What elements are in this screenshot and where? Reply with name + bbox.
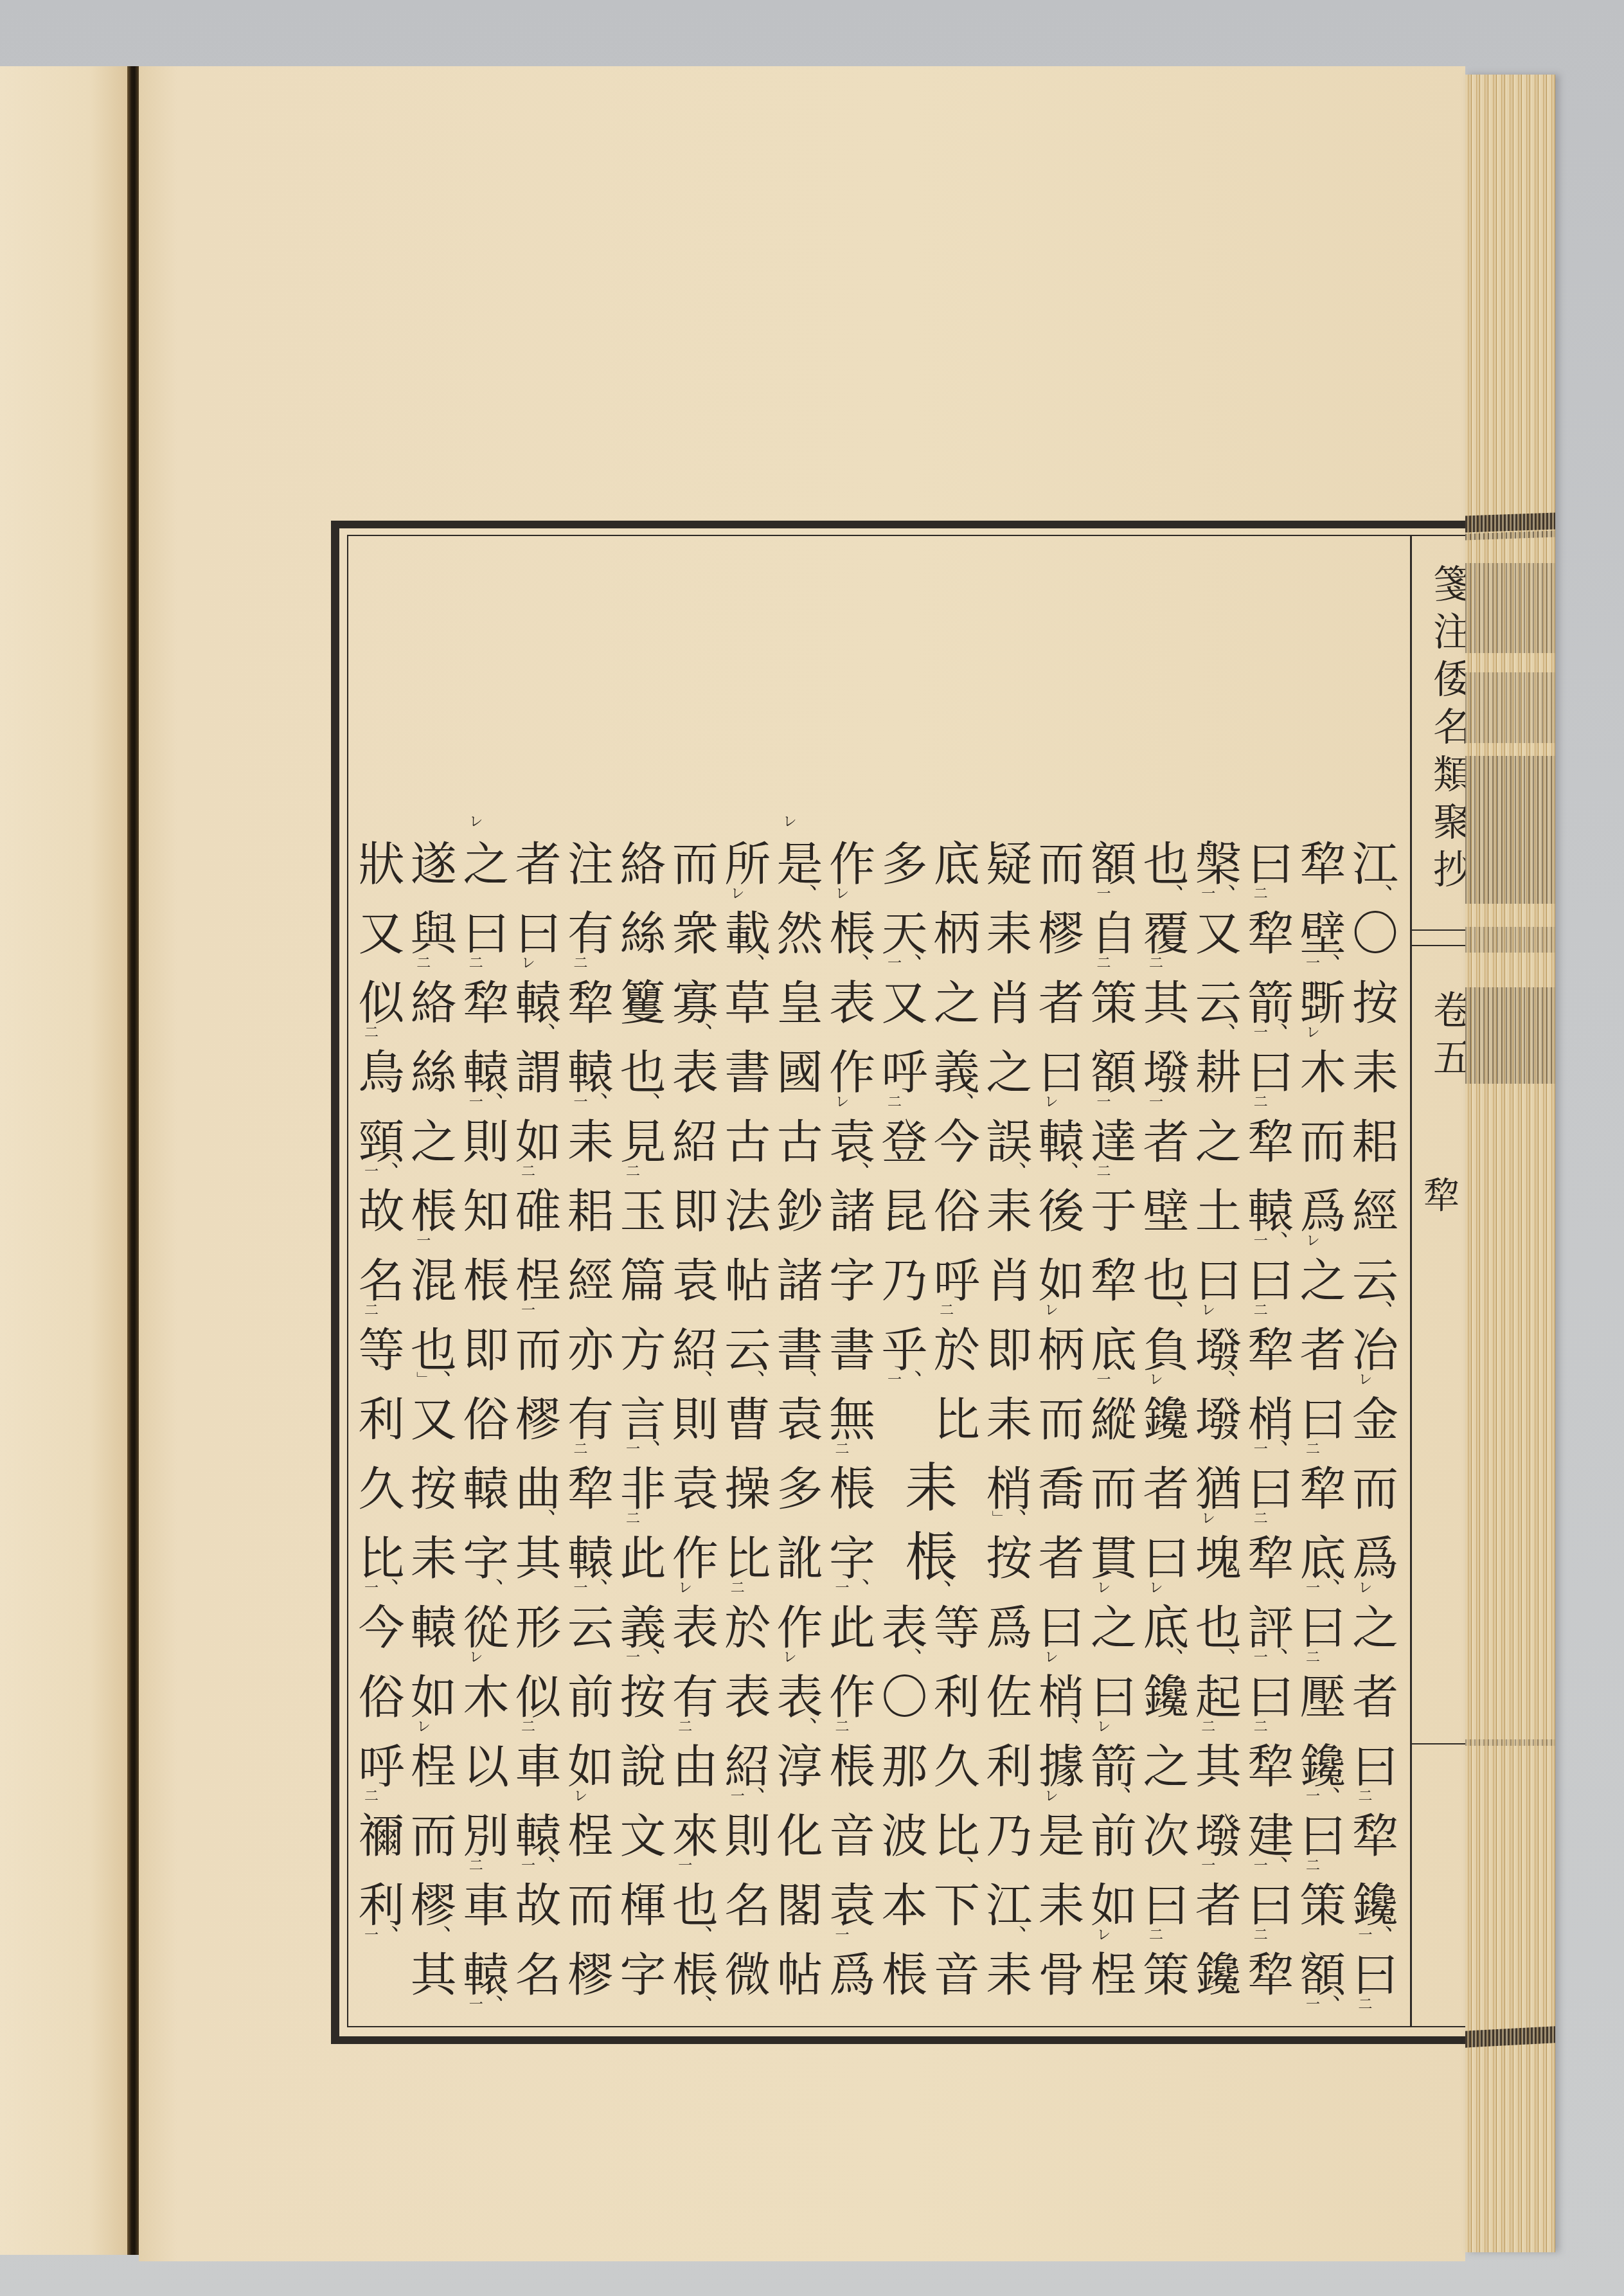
kaeriten-mark: 二 bbox=[1147, 955, 1161, 969]
frame-inner-top-rule bbox=[347, 535, 1465, 536]
character-cell: 則 bbox=[669, 1385, 722, 1454]
punctuation-mark: 、 bbox=[810, 1703, 832, 1725]
character: 棖 bbox=[460, 1255, 512, 1306]
kaeriten-mark: 二 bbox=[362, 1302, 377, 1316]
character: 桯 bbox=[407, 1741, 460, 1792]
character-cell: 楎 bbox=[616, 1870, 669, 1940]
character: 曹 bbox=[721, 1394, 774, 1445]
character-cell: 字、 bbox=[460, 1523, 512, 1593]
character-cell: 犂 bbox=[460, 968, 512, 1037]
character: 犂 bbox=[1244, 1949, 1297, 2000]
character-cell: 而 bbox=[1349, 1454, 1402, 1523]
kaeriten-mark: レ bbox=[415, 1719, 429, 1733]
kaeriten-mark: 一 bbox=[467, 1094, 481, 1108]
character-cell: 形 bbox=[512, 1593, 565, 1662]
character: 耕 bbox=[1192, 1046, 1245, 1098]
character: 斲 bbox=[1297, 977, 1350, 1028]
character-cell: 樛 bbox=[512, 1385, 565, 1454]
kaeriten-mark: レ bbox=[1095, 1580, 1109, 1594]
character-cell: 其 bbox=[512, 1523, 565, 1593]
character-cell: 疑 bbox=[983, 829, 1035, 899]
character-cell: 梢一、 bbox=[1244, 1385, 1297, 1454]
character: 鑱 bbox=[1139, 1394, 1192, 1445]
character: 者 bbox=[512, 838, 565, 890]
kaeriten-mark: 二 bbox=[1305, 1441, 1319, 1455]
character: 此 bbox=[826, 1602, 879, 1653]
character-cell: 策 bbox=[1087, 968, 1140, 1037]
character: 法 bbox=[721, 1185, 774, 1237]
punctuation-mark: 、 bbox=[757, 940, 779, 962]
character: 桯 bbox=[512, 1255, 565, 1306]
character: 袁 bbox=[669, 1463, 722, 1514]
kaeriten-mark: 一 bbox=[1200, 1858, 1214, 1872]
text-column: 而衆寡、表紹即袁紹、則袁作レ表有二由來一也、棖、 bbox=[669, 829, 722, 2025]
character-cell: 曰レ bbox=[1139, 1523, 1192, 1593]
character-cell: 有二 bbox=[564, 899, 617, 968]
character-cell: 貫レ bbox=[1087, 1523, 1140, 1593]
kaeriten-mark: 一 bbox=[1147, 1094, 1161, 1108]
character-cell: 犂 bbox=[1297, 1454, 1350, 1523]
character: 如 bbox=[1035, 1255, 1088, 1306]
character: 者 bbox=[1035, 1532, 1088, 1584]
kaeriten-mark: 」 bbox=[415, 1372, 429, 1386]
character: 犂 bbox=[1244, 1116, 1297, 1167]
character-cell: 曰二 bbox=[1297, 1593, 1350, 1662]
character: 曰 bbox=[1087, 1671, 1140, 1723]
character: 曰 bbox=[1139, 1532, 1192, 1584]
character-cell: 墢一 bbox=[1139, 1037, 1192, 1107]
character-cell: 爲レ bbox=[1297, 1176, 1350, 1246]
character: 紹 bbox=[669, 1116, 722, 1167]
character-cell: 犂 bbox=[1244, 1523, 1297, 1593]
character: 起 bbox=[1192, 1671, 1245, 1723]
punctuation-mark: 、 bbox=[705, 1981, 727, 2003]
character: 桯 bbox=[1087, 1949, 1140, 2000]
character-cell: 曰二 bbox=[1244, 1246, 1297, 1315]
character: 俗 bbox=[931, 1185, 983, 1237]
character-cell: 曰レ bbox=[1192, 1246, 1245, 1315]
character-cell: 如レ bbox=[1035, 1246, 1088, 1315]
kaeriten-mark: 二 bbox=[1252, 1094, 1266, 1108]
character: 則 bbox=[721, 1810, 774, 1861]
character: 有 bbox=[669, 1671, 722, 1723]
kaeriten-mark: 二 bbox=[572, 955, 586, 969]
character-cell: 犂 bbox=[1244, 899, 1297, 968]
character-cell: 而 bbox=[512, 1315, 565, 1385]
character: 籰 bbox=[616, 977, 669, 1028]
character-cell: 字 bbox=[826, 1246, 879, 1315]
kaeriten-mark: 一 bbox=[834, 1927, 848, 1941]
character-cell: 樛、 bbox=[407, 1870, 460, 1940]
character-cell: 犂 bbox=[1349, 1801, 1402, 1870]
character: 知 bbox=[460, 1185, 512, 1237]
character: 次 bbox=[1139, 1810, 1192, 1861]
character-cell: 紹一、 bbox=[721, 1732, 774, 1801]
character-cell: 義一、 bbox=[616, 1593, 669, 1662]
kaeriten-mark: 二 bbox=[1252, 1719, 1266, 1733]
character: 訛 bbox=[774, 1532, 826, 1584]
character-cell: 非二 bbox=[616, 1454, 669, 1523]
character: 今 bbox=[355, 1602, 407, 1653]
text-column: 而樛者曰レ轅、後如レ柄而喬者曰レ梢、據レ是耒骨 bbox=[1035, 829, 1088, 2025]
character-cell: 等 bbox=[355, 1315, 407, 1385]
character-cell: 而 bbox=[407, 1801, 460, 1870]
kaeriten-mark: 一 bbox=[1095, 1372, 1109, 1386]
character-cell: 經 bbox=[564, 1246, 617, 1315]
character: 等 bbox=[931, 1602, 983, 1653]
text-column: 也、覆二其墢一者壁也、負レ鑱者曰レ底、鑱之次曰二策 bbox=[1139, 829, 1192, 2025]
character: 波 bbox=[878, 1810, 931, 1861]
character-cell: 耜 bbox=[564, 1176, 617, 1246]
character-cell: 利一、 bbox=[355, 1870, 407, 1940]
character-cell: 評一、 bbox=[1244, 1593, 1297, 1662]
punctuation-mark: 、 bbox=[705, 1356, 727, 1378]
punctuation-mark: 、 bbox=[1280, 1009, 1302, 1031]
character: 比 bbox=[721, 1532, 774, 1584]
kaeriten-mark: 二 bbox=[1305, 1649, 1319, 1664]
character: 注 bbox=[564, 838, 617, 890]
character-cell: 呼二 bbox=[355, 1732, 407, 1801]
character-cell: 按 bbox=[1349, 968, 1402, 1037]
character: 策 bbox=[1297, 1879, 1350, 1931]
kaeriten-mark: 一 bbox=[520, 1858, 534, 1872]
character-cell: 轅一、 bbox=[512, 1801, 565, 1870]
character-cell: 之 bbox=[1139, 1732, 1192, 1801]
character-cell: 紹 bbox=[669, 1107, 722, 1176]
character: 故 bbox=[355, 1185, 407, 1237]
kaeriten-mark: レ bbox=[729, 886, 743, 900]
character-cell: 者 bbox=[1139, 1107, 1192, 1176]
kaeriten-mark: 一 bbox=[520, 1302, 534, 1316]
punctuation-mark: 、 bbox=[862, 1148, 884, 1170]
character: 而 bbox=[1087, 1463, 1140, 1514]
character: 曰 bbox=[1244, 838, 1297, 890]
character: 以 bbox=[460, 1741, 512, 1792]
character-cell: 之 bbox=[1192, 1107, 1245, 1176]
character-cell: 曰二 bbox=[460, 899, 512, 968]
punctuation-mark: 、 bbox=[1280, 1842, 1302, 1864]
character-cell: 袁 bbox=[774, 1385, 826, 1454]
kaeriten-mark: レ bbox=[1305, 1025, 1319, 1039]
character-cell: 那 bbox=[878, 1732, 931, 1801]
character-cell: 本 bbox=[878, 1870, 931, 1940]
character-cell: 微 bbox=[721, 1940, 774, 2009]
character-cell: 今 bbox=[355, 1593, 407, 1662]
character: 其 bbox=[407, 1949, 460, 2000]
character: 土 bbox=[1192, 1185, 1245, 1237]
kaeriten-mark: 一 bbox=[362, 1580, 377, 1594]
kaeriten-mark: レ bbox=[467, 1649, 481, 1664]
character: 耒 bbox=[983, 1394, 1035, 1445]
punctuation-mark: 、 bbox=[391, 1912, 413, 1933]
character: 〇 bbox=[1349, 908, 1402, 959]
character: 禰 bbox=[355, 1810, 407, 1861]
character: 呼 bbox=[355, 1741, 407, 1792]
character-cell: 者 bbox=[1035, 1523, 1088, 1593]
character: 音 bbox=[931, 1949, 983, 2000]
frame-outer-bottom-rule bbox=[331, 2036, 1465, 2044]
punctuation-mark: 、 bbox=[391, 1565, 413, 1586]
kaeriten-mark: 二 bbox=[1095, 955, 1109, 969]
character-cell: 後 bbox=[1035, 1176, 1088, 1246]
character: 犂 bbox=[1087, 1255, 1140, 1306]
text-column: レ之曰二犂轅一、則知棖即俗轅字、從レ木以別二車轅一、 bbox=[460, 829, 512, 2025]
punctuation-mark: 、 bbox=[1333, 1773, 1355, 1795]
character: 木 bbox=[1297, 1046, 1350, 1098]
character: 混 bbox=[407, 1255, 460, 1306]
punctuation-mark: 、 bbox=[757, 1773, 779, 1795]
kaeriten-mark: レ bbox=[1043, 1094, 1057, 1108]
kaeriten-mark: 二 bbox=[1252, 1511, 1266, 1525]
character-cell: 別二 bbox=[460, 1801, 512, 1870]
character: 字 bbox=[826, 1255, 879, 1306]
character-cell: 義、 bbox=[931, 1037, 983, 1107]
kaeriten-mark: レ bbox=[1200, 1511, 1214, 1525]
kaeriten-mark: 二 bbox=[362, 1788, 377, 1802]
character-cell: 知 bbox=[460, 1176, 512, 1246]
kaeriten-mark: 一 bbox=[362, 1163, 377, 1178]
character: 策 bbox=[1087, 977, 1140, 1028]
character: 而 bbox=[1035, 1394, 1088, 1445]
character: 玉 bbox=[616, 1185, 669, 1237]
character-cell: 轅 bbox=[407, 1593, 460, 1662]
character: 耒 bbox=[1035, 1879, 1088, 1931]
character-cell: 鑱 bbox=[1139, 1662, 1192, 1732]
punctuation-mark: 、 bbox=[1385, 870, 1407, 892]
character-cell: 箭、 bbox=[1087, 1732, 1140, 1801]
character-cell: 爲 bbox=[983, 1593, 1035, 1662]
character-cell: 謂 bbox=[512, 1037, 565, 1107]
character-cell: 轅一、 bbox=[564, 1037, 617, 1107]
character-cell: 云、 bbox=[721, 1315, 774, 1385]
character-cell: 呼二 bbox=[878, 1037, 931, 1107]
character-cell: 壁 bbox=[1139, 1176, 1192, 1246]
text-column: 作レ棖、表作レ袁、諸字書無二棖字一、此作二棖音袁一爲 bbox=[826, 829, 879, 2025]
character-cell: 比一、 bbox=[355, 1523, 407, 1593]
character-cell: 多 bbox=[774, 1454, 826, 1523]
character-cell: 比二 bbox=[721, 1523, 774, 1593]
character-cell: 而 bbox=[1035, 1385, 1088, 1454]
character: 那 bbox=[878, 1741, 931, 1792]
character-cell: 其 bbox=[407, 1940, 460, 2009]
punctuation-mark: 、 bbox=[1019, 1495, 1040, 1517]
character-cell: 名二 bbox=[355, 1246, 407, 1315]
kaeriten-mark: 二 bbox=[1095, 1163, 1109, 1178]
character: 墢 bbox=[1192, 1394, 1245, 1445]
character-cell: 絲 bbox=[407, 1037, 460, 1107]
character: 覆 bbox=[1139, 908, 1192, 959]
character: 字 bbox=[616, 1949, 669, 2000]
character-cell: 表 bbox=[669, 1593, 722, 1662]
character-cell: 達二 bbox=[1087, 1107, 1140, 1176]
character: 耒 bbox=[1349, 1046, 1402, 1098]
character-cell: 云、 bbox=[1192, 968, 1245, 1037]
character: 樛 bbox=[564, 1949, 617, 2000]
character-cell: 則 bbox=[721, 1801, 774, 1870]
character: 篇 bbox=[616, 1255, 669, 1306]
character: 曰 bbox=[1349, 1741, 1402, 1792]
character-cell: 又 bbox=[355, 899, 407, 968]
character: 犂 bbox=[1244, 908, 1297, 959]
character: 轅 bbox=[407, 1602, 460, 1653]
character-cell: 混 bbox=[407, 1246, 460, 1315]
character-cell: 底 bbox=[931, 829, 983, 899]
character-cell: 多 bbox=[878, 829, 931, 899]
character: 縱 bbox=[1087, 1394, 1140, 1445]
character-cell: 有二 bbox=[669, 1662, 722, 1732]
character-cell: 如二 bbox=[512, 1107, 565, 1176]
character: 昆 bbox=[878, 1185, 931, 1237]
kaeriten-mark: レ bbox=[572, 1788, 586, 1802]
character-cell: 草 bbox=[721, 968, 774, 1037]
character: 冶 bbox=[1349, 1324, 1402, 1376]
text-column: 者曰レ轅、謂如二碓桯一而樛曲、其形似二車轅一、故名 bbox=[512, 829, 565, 2025]
character: 者 bbox=[1139, 1463, 1192, 1514]
character-cell: 轅、 bbox=[512, 968, 565, 1037]
kaeriten-mark: 二 bbox=[624, 1511, 638, 1525]
punctuation-mark: 、 bbox=[810, 1356, 832, 1378]
character-cell: 經 bbox=[1349, 1176, 1402, 1246]
character: 前 bbox=[1087, 1810, 1140, 1861]
punctuation-mark: 、 bbox=[705, 1009, 727, 1031]
character-cell: 江、 bbox=[1349, 829, 1402, 899]
character-cell: 爲 bbox=[826, 1940, 879, 2009]
character-cell: 袁一 bbox=[826, 1870, 879, 1940]
character: 謂 bbox=[512, 1046, 565, 1098]
character: 車 bbox=[460, 1879, 512, 1931]
character-cell: 帖 bbox=[774, 1940, 826, 2009]
page-edge-stack bbox=[1465, 75, 1555, 2252]
character: 名 bbox=[721, 1879, 774, 1931]
character: 表 bbox=[669, 1046, 722, 1098]
header-text-smear bbox=[1465, 563, 1555, 653]
character-cell: 據レ bbox=[1035, 1732, 1088, 1801]
character: 之 bbox=[931, 977, 983, 1028]
character-cell: 曰レ bbox=[1087, 1662, 1140, 1732]
character-cell: 訛 bbox=[774, 1523, 826, 1593]
character-cell: 車 bbox=[512, 1732, 565, 1801]
character-cell: 額一 bbox=[1087, 829, 1140, 899]
character-cell: 按 bbox=[407, 1454, 460, 1523]
character: 棖 bbox=[407, 1185, 460, 1237]
character-cell: 曰レ bbox=[1035, 1037, 1088, 1107]
character: 閣 bbox=[774, 1879, 826, 1931]
kaeriten-mark: 一 bbox=[1305, 1996, 1319, 2011]
character: 書 bbox=[826, 1324, 879, 1376]
character: 耜 bbox=[1349, 1116, 1402, 1167]
punctuation-mark: 、 bbox=[1019, 1912, 1040, 1933]
kaeriten-mark: レ bbox=[1357, 1372, 1371, 1386]
character: 之 bbox=[407, 1116, 460, 1167]
kaeriten-mark: レ bbox=[1147, 1580, 1161, 1594]
punctuation-mark: 、 bbox=[943, 1566, 967, 1589]
kaeriten-mark: 一 bbox=[1095, 886, 1109, 900]
character: 爲 bbox=[1297, 1185, 1350, 1237]
character-cell: 轅、 bbox=[1035, 1107, 1088, 1176]
character: 木 bbox=[460, 1671, 512, 1723]
character-cell: 玉 bbox=[616, 1176, 669, 1246]
character: 古 bbox=[774, 1116, 826, 1167]
kaeriten-mark: 一 bbox=[1305, 1580, 1319, 1594]
character: 又 bbox=[1192, 908, 1245, 959]
character-cell: 者 bbox=[1297, 1315, 1350, 1385]
kaeriten-mark: 二 bbox=[834, 1441, 848, 1455]
character: 則 bbox=[669, 1394, 722, 1445]
character-cell: 建一、 bbox=[1244, 1801, 1297, 1870]
punctuation-mark: 、 bbox=[443, 1912, 465, 1933]
kaeriten-mark: レ bbox=[1095, 1927, 1109, 1941]
character: 皇 bbox=[774, 977, 826, 1028]
headword-cell: 棖 、 bbox=[904, 1523, 959, 1593]
character: 如 bbox=[512, 1116, 565, 1167]
punctuation-mark: 、 bbox=[1071, 1148, 1093, 1170]
character-cell: 之 bbox=[931, 968, 983, 1037]
character-cell: 桯一 bbox=[512, 1246, 565, 1315]
character: 曰 bbox=[1349, 1949, 1402, 2000]
punctuation-mark: 、 bbox=[652, 1634, 674, 1656]
character: 多 bbox=[878, 838, 931, 890]
character: 作 bbox=[826, 1671, 879, 1723]
character: 曰 bbox=[512, 908, 565, 959]
character: 貫 bbox=[1087, 1532, 1140, 1584]
character-cell: 又 bbox=[1192, 899, 1245, 968]
character: 形 bbox=[512, 1602, 565, 1653]
character: 淳 bbox=[774, 1741, 826, 1792]
character: 柄 bbox=[931, 908, 983, 959]
character: 鑱 bbox=[1139, 1671, 1192, 1723]
punctuation-mark: 、 bbox=[548, 1842, 570, 1864]
character: 者 bbox=[1349, 1671, 1402, 1723]
punctuation-mark: 、 bbox=[757, 1356, 779, 1378]
character-cell: 又 bbox=[407, 1385, 460, 1454]
kaeriten-mark: 一 bbox=[677, 1858, 691, 1872]
character: 古 bbox=[721, 1116, 774, 1167]
character-cell: 喬 bbox=[1035, 1454, 1088, 1523]
text-column: 所レ載、草書古法帖云、曹操比二於表紹一、則名微 bbox=[721, 829, 774, 2025]
entry-headword: 耒 棖 、 bbox=[904, 1454, 959, 1593]
character: 犂 bbox=[1244, 1741, 1297, 1792]
character-cell: 呼二 bbox=[931, 1246, 983, 1315]
character: 音 bbox=[826, 1810, 879, 1861]
character-cell: 鑱一、 bbox=[1349, 1870, 1402, 1940]
character: 曰 bbox=[1192, 1255, 1245, 1306]
character: 所 bbox=[721, 838, 774, 890]
character-cell: 表 bbox=[669, 1037, 722, 1107]
character: 而 bbox=[1297, 1116, 1350, 1167]
character-cell: 皇 bbox=[774, 968, 826, 1037]
character: 與 bbox=[407, 908, 460, 959]
character: 利 bbox=[931, 1671, 983, 1723]
character-cell: 絡 bbox=[407, 968, 460, 1037]
character: 曰 bbox=[1297, 1602, 1350, 1653]
character-cell: 額一、 bbox=[1297, 1940, 1350, 2009]
rule-smear bbox=[1465, 927, 1555, 953]
character-cell: 是、 bbox=[774, 829, 826, 899]
kaeriten-mark: レ bbox=[1357, 1580, 1371, 1594]
character: 曰 bbox=[1035, 1046, 1088, 1098]
character-cell: 表 bbox=[826, 968, 879, 1037]
character-cell: 久 bbox=[931, 1732, 983, 1801]
character-cell: 棖 bbox=[826, 1732, 879, 1801]
character-cell: 狀 bbox=[355, 829, 407, 899]
character: 策 bbox=[1139, 1949, 1192, 2000]
character-cell: 覆二 bbox=[1139, 899, 1192, 968]
character: 操 bbox=[721, 1463, 774, 1514]
kaeriten-mark: レ bbox=[781, 1649, 796, 1664]
kaeriten-mark: 二 bbox=[467, 1858, 481, 1872]
punctuation-mark: 、 bbox=[967, 1842, 988, 1864]
character: 犂 bbox=[1297, 838, 1350, 890]
